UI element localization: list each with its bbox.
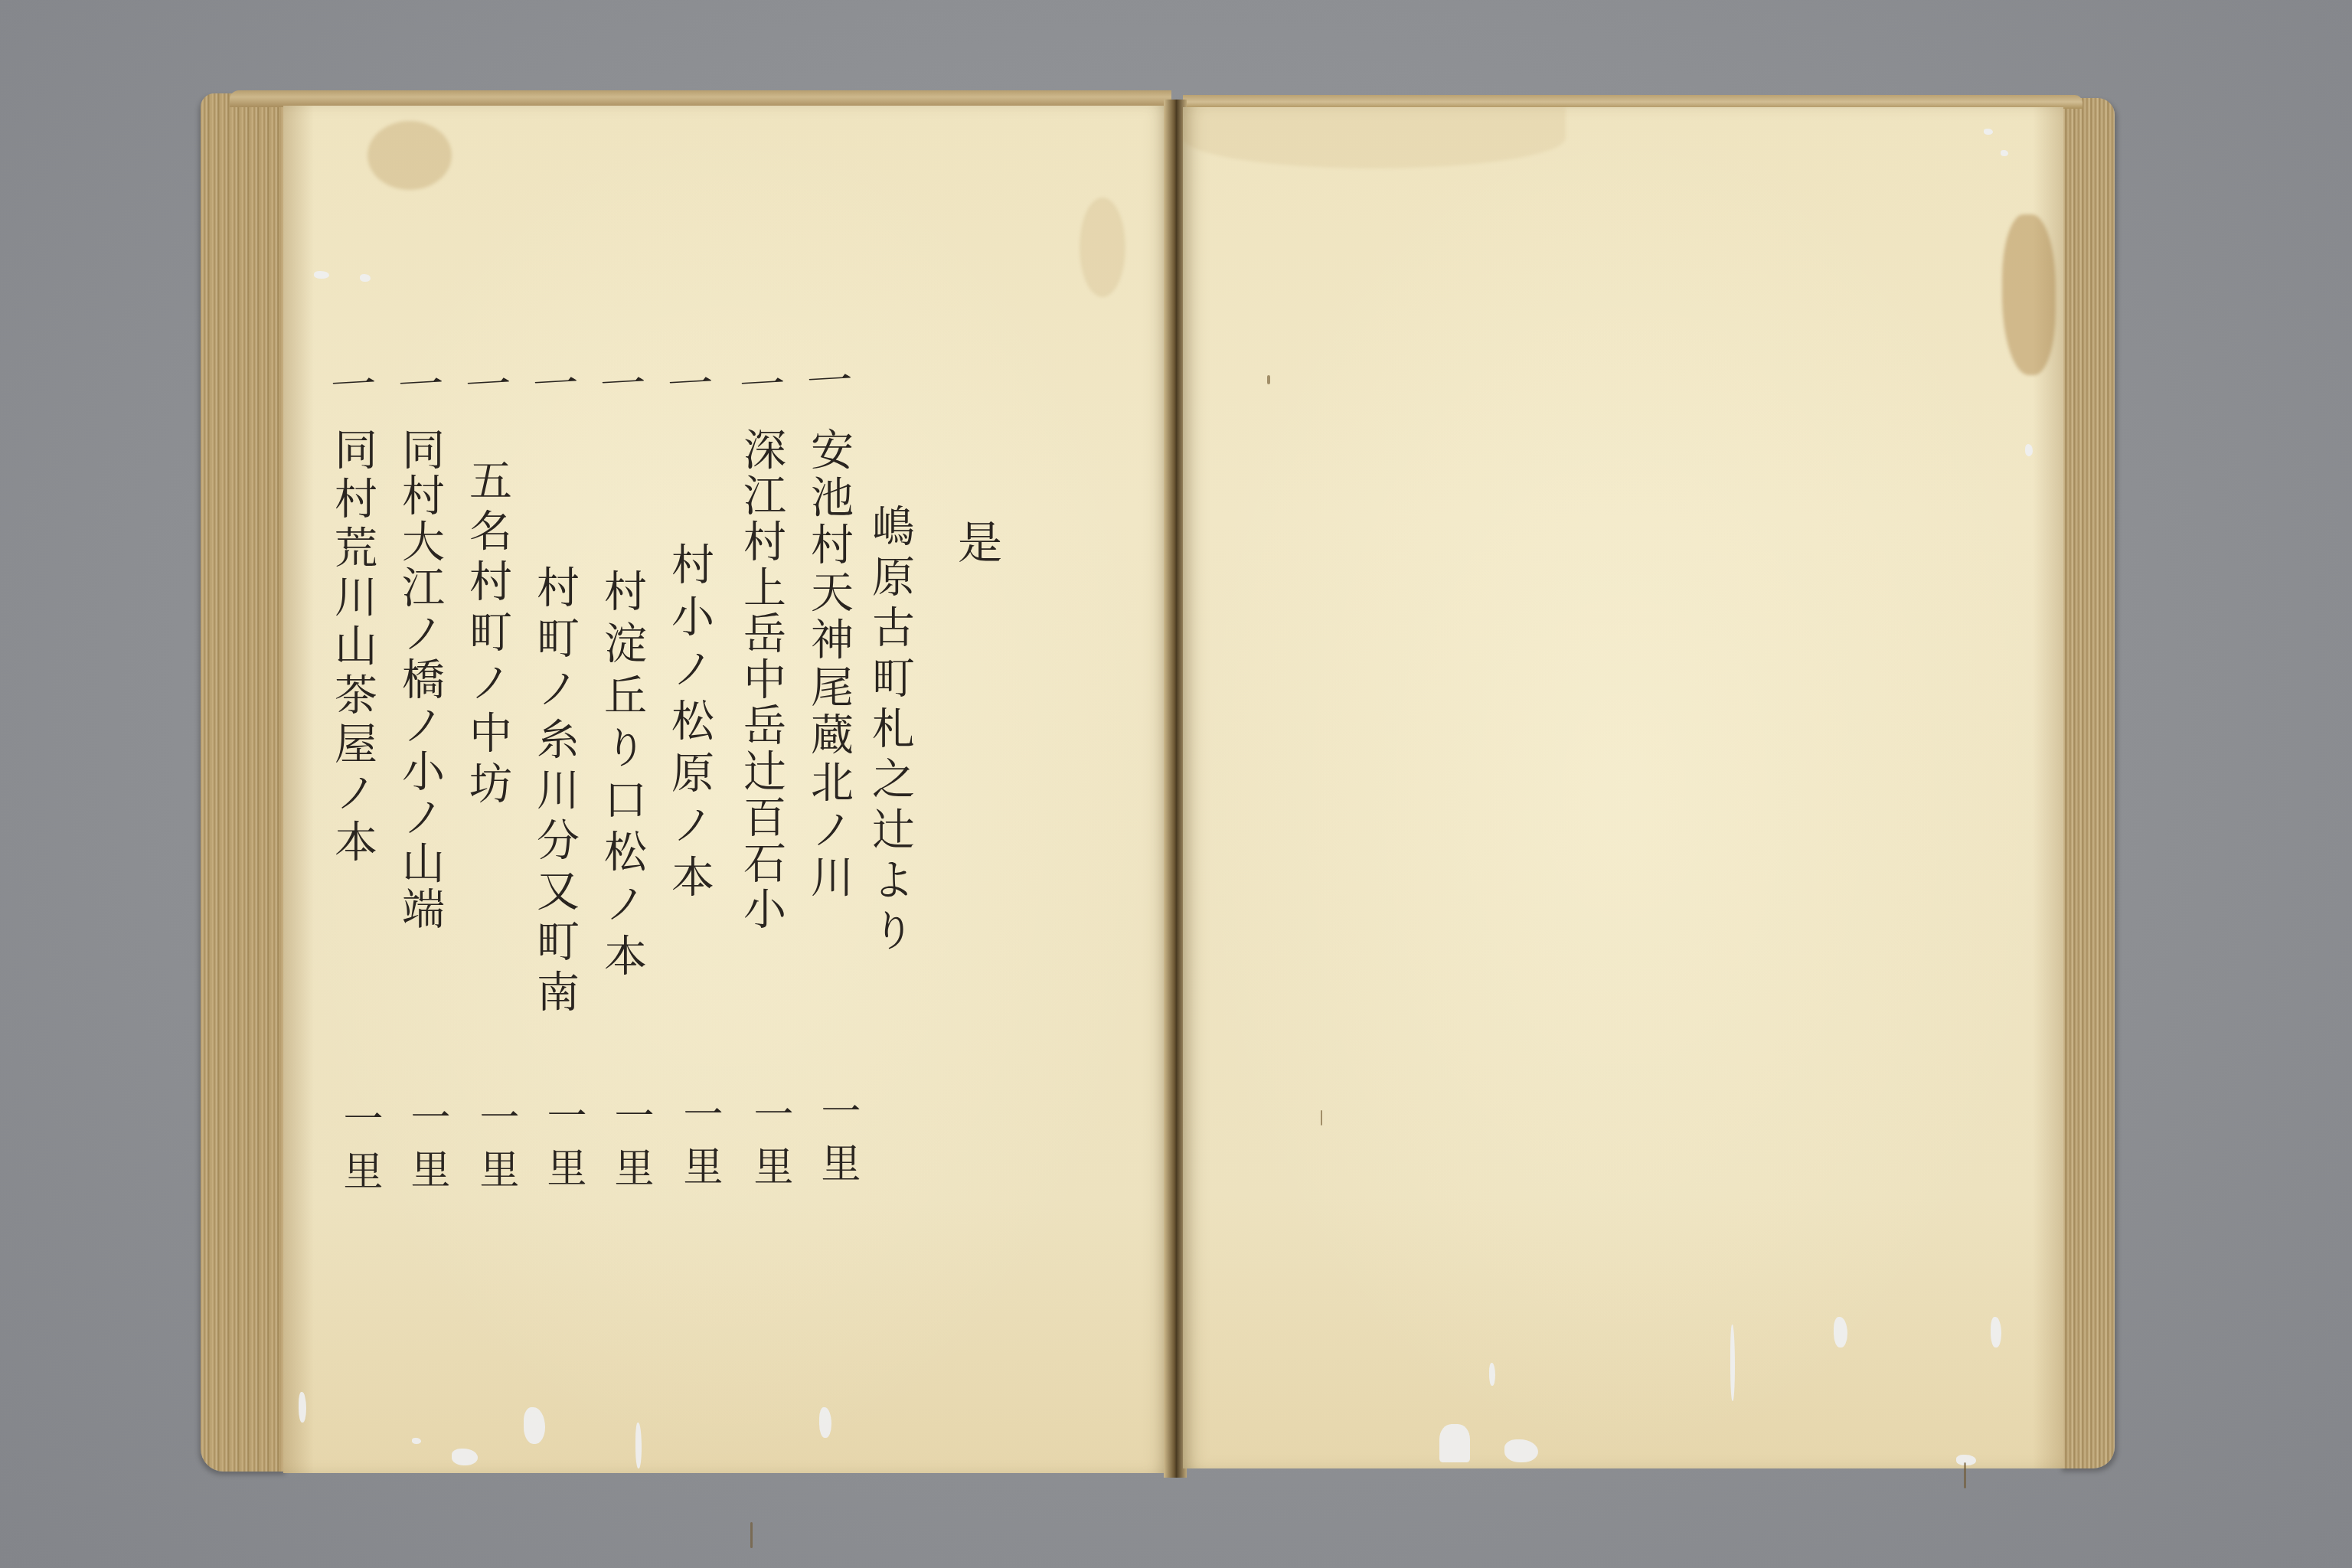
wormhole (1504, 1439, 1538, 1462)
entry-place: 村小ノ松原ノ本 (668, 542, 710, 906)
right-page-stack-edge (2060, 98, 2115, 1468)
wormhole (524, 1407, 545, 1444)
item-marker: 一 (397, 365, 446, 404)
entry-place: 深江村上岳中岳辻百石小 (740, 427, 782, 933)
left-page-stack-top-edge (230, 90, 1171, 107)
section-heading: 是 (954, 519, 998, 574)
wormhole (314, 271, 329, 279)
water-stain (1080, 198, 1125, 297)
distance-value: 一里 (534, 1095, 592, 1199)
item-marker: 一 (329, 365, 378, 404)
wormhole (2001, 150, 2008, 156)
entry-place: 村町ノ糸川分又町南 (533, 565, 576, 1020)
entry-place: 五名村町ノ中坊 (465, 458, 508, 812)
wormhole (635, 1423, 642, 1468)
distance-value: 一里 (398, 1096, 456, 1200)
wormhole (1991, 1317, 2001, 1347)
wormhole (1834, 1317, 1847, 1347)
item-marker: 一 (599, 364, 648, 403)
entry-place: 安池村天神尾蔵北ノ川 (807, 427, 850, 902)
wormhole (1489, 1363, 1495, 1386)
item-marker: 一 (738, 365, 787, 404)
entry-place: 同村荒川山茶屋ノ本 (331, 427, 374, 868)
wormhole (412, 1438, 421, 1444)
intro-line: 嶋原古町札之辻より (868, 504, 911, 959)
wormhole (1984, 129, 1993, 135)
page-tear (1964, 1462, 1966, 1488)
left-page-stack-edge (201, 93, 286, 1472)
wormhole (1730, 1325, 1735, 1401)
distance-value: 一里 (331, 1098, 388, 1202)
wormhole (1956, 1455, 1976, 1465)
right-page (1183, 107, 2063, 1468)
wormhole (2025, 444, 2033, 456)
wormhole (1439, 1424, 1470, 1462)
entry-place: 村淀丘り口松ノ本 (600, 569, 643, 985)
wormhole (299, 1392, 306, 1423)
ink-speck (1321, 1110, 1322, 1125)
item-marker: 一 (531, 364, 580, 403)
water-stain (2002, 214, 2056, 375)
distance-value: 一里 (741, 1093, 799, 1197)
distance-value: 一里 (671, 1093, 728, 1197)
wormhole (819, 1407, 831, 1438)
water-stain (367, 121, 452, 190)
open-book: 是 嶋原古町札之辻より 一 安池村天神尾蔵北ノ川 一 深江村上岳中岳辻百石小 一… (0, 0, 2352, 1568)
item-marker: 一 (805, 361, 854, 400)
ink-speck (1267, 375, 1270, 384)
item-marker: 一 (464, 365, 513, 404)
left-page: 是 嶋原古町札之辻より 一 安池村天神尾蔵北ノ川 一 深江村上岳中岳辻百石小 一… (283, 106, 1170, 1473)
water-stain (1183, 107, 1566, 168)
entry-place: 同村大江ノ橋ノ小ノ山端 (398, 427, 441, 933)
distance-value: 一里 (602, 1095, 659, 1199)
wormhole (452, 1449, 478, 1465)
distance-value: 一里 (808, 1090, 866, 1194)
distance-value: 一里 (467, 1096, 524, 1200)
item-marker: 一 (666, 364, 715, 403)
wormhole (360, 274, 371, 282)
page-tear (750, 1522, 753, 1548)
